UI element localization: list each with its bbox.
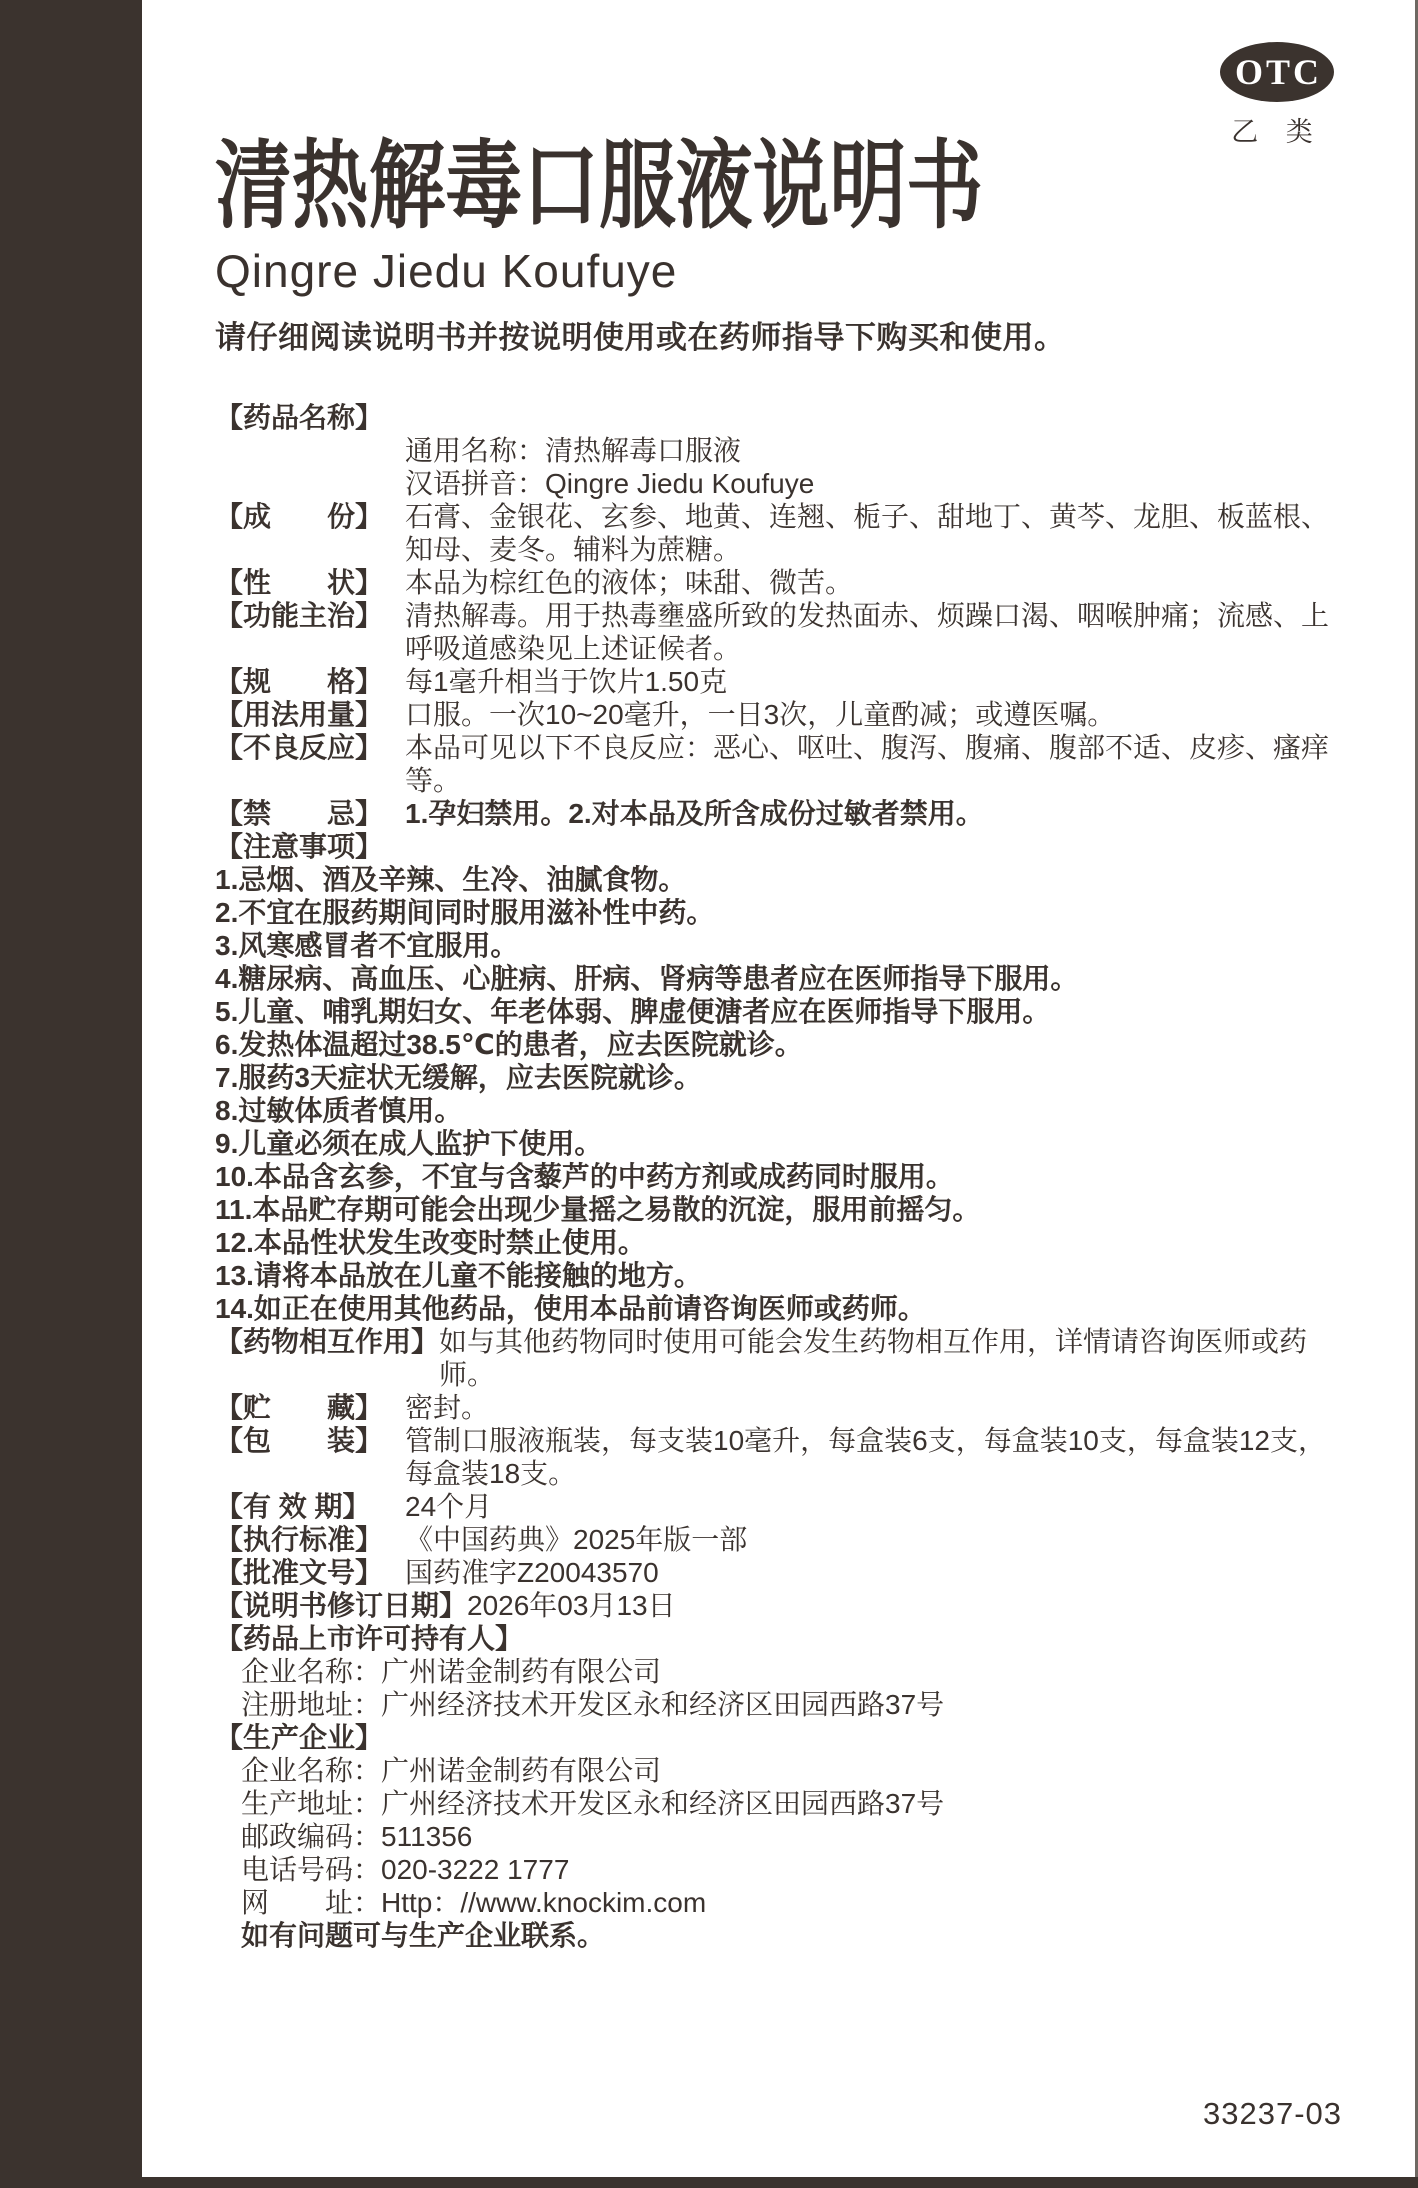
section-label-dosage: 【用法用量】 [215,698,405,731]
section-validity: 【有 效 期】 24个月 [215,1490,1348,1523]
section-label-standard: 【执行标准】 [215,1523,405,1556]
interactions-text: 如与其他药物同时使用可能会发生药物相互作用，详情请咨询医师或药师。 [439,1325,1348,1391]
manufacturer-address: 生产地址：广州经济技术开发区永和经济区田园西路37号 [215,1787,1348,1820]
specification-text: 每1毫升相当于饮片1.50克 [405,665,1348,698]
precaution-item: 5.儿童、哺乳期妇女、年老体弱、脾虚便溏者应在医师指导下服用。 [215,995,1348,1028]
leaflet-body: 【药品名称】 通用名称：清热解毒口服液 汉语拼音：Qingre Jiedu Ko… [215,401,1348,1952]
precaution-item: 13.请将本品放在儿童不能接触的地方。 [215,1259,1348,1292]
otc-oval-logo: OTC [1220,42,1334,102]
storage-text: 密封。 [405,1391,1348,1424]
drug-name-pinyin: 汉语拼音：Qingre Jiedu Koufuye [215,467,1348,500]
section-approval-number: 【批准文号】 国药准字Z20043570 [215,1556,1348,1589]
manufacturer-postcode: 邮政编码：511356 [215,1820,1348,1853]
manufacturer-phone: 电话号码：020-3222 1777 [215,1853,1348,1886]
section-label-validity: 【有 效 期】 [215,1490,405,1523]
precaution-item: 9.儿童必须在成人监护下使用。 [215,1127,1348,1160]
section-ingredients: 【成 份】 石膏、金银花、玄参、地黄、连翘、栀子、甜地丁、黄芩、龙胆、板蓝根、知… [215,500,1348,566]
section-contraindications: 【禁 忌】 1.孕妇禁用。2.对本品及所含成份过敏者禁用。 [215,797,1348,830]
precaution-item: 3.风寒感冒者不宜服用。 [215,929,1348,962]
section-label-description: 【性 状】 [215,566,405,599]
section-packaging: 【包 装】 管制口服液瓶装，每支装10毫升，每盒装6支，每盒装10支，每盒装12… [215,1424,1348,1490]
section-label-packaging: 【包 装】 [215,1424,405,1457]
contraindications-text: 1.孕妇禁用。2.对本品及所含成份过敏者禁用。 [405,797,1348,830]
license-holder-address: 注册地址：广州经济技术开发区永和经济区田园西路37号 [215,1688,1348,1721]
precaution-item: 14.如正在使用其他药品，使用本品前请咨询医师或药师。 [215,1292,1348,1325]
section-label-functions: 【功能主治】 [215,599,405,632]
functions-text: 清热解毒。用于热毒壅盛所致的发热面赤、烦躁口渴、咽喉肿痛；流感、上呼吸道感染见上… [405,599,1348,665]
section-standard: 【执行标准】 《中国药典》2025年版一部 [215,1523,1348,1556]
precaution-item: 8.过敏体质者慎用。 [215,1094,1348,1127]
manufacturer-website: 网 址：Http：//www.knockim.com [215,1886,1348,1919]
section-label-ingredients: 【成 份】 [215,500,405,533]
section-description: 【性 状】 本品为棕红色的液体；味甜、微苦。 [215,566,1348,599]
precaution-item: 12.本品性状发生改变时禁止使用。 [215,1226,1348,1259]
section-label-drug-name: 【药品名称】 [215,401,405,434]
section-label-precautions: 【注意事项】 [215,830,1348,863]
section-dosage: 【用法用量】 口服。一次10~20毫升，一日3次，儿童酌减；或遵医嘱。 [215,698,1348,731]
read-instructions-notice: 请仔细阅读说明书并按说明使用或在药师指导下购买和使用。 [215,312,1348,357]
revision-date-text: 2026年03月13日 [467,1589,1348,1622]
description-text: 本品为棕红色的液体；味甜、微苦。 [405,566,1348,599]
section-revision-date: 【说明书修订日期】 2026年03月13日 [215,1589,1348,1622]
section-label-interactions: 【药物相互作用】 [215,1325,439,1358]
page-title-pinyin: Qingre Jiedu Koufuye [215,244,1348,298]
validity-text: 24个月 [405,1490,1348,1523]
section-functions: 【功能主治】 清热解毒。用于热毒壅盛所致的发热面赤、烦躁口渴、咽喉肿痛；流感、上… [215,599,1348,665]
section-specification: 【规 格】 每1毫升相当于饮片1.50克 [215,665,1348,698]
section-drug-name: 【药品名称】 [215,401,1348,434]
precaution-item: 11.本品贮存期可能会出现少量摇之易散的沉淀，服用前摇匀。 [215,1193,1348,1226]
section-label-license-holder: 【药品上市许可持有人】 [215,1622,1348,1655]
precaution-item: 4.糖尿病、高血压、心脏病、肝病、肾病等患者应在医师指导下服用。 [215,962,1348,995]
leaflet-page: OTC 乙 类 清热解毒口服液说明书 Qingre Jiedu Koufuye … [142,0,1418,2188]
leaflet-code: 33237-03 [1203,2096,1342,2132]
precaution-item: 7.服药3天症状无缓解，应去医院就诊。 [215,1061,1348,1094]
section-label-revision-date: 【说明书修订日期】 [215,1589,467,1622]
precaution-item: 10.本品含玄参，不宜与含藜芦的中药方剂或成药同时服用。 [215,1160,1348,1193]
otc-badge: OTC 乙 类 [1218,42,1336,149]
standard-text: 《中国药典》2025年版一部 [405,1523,1348,1556]
adverse-reactions-text: 本品可见以下不良反应：恶心、呕吐、腹泻、腹痛、腹部不适、皮疹、瘙痒等。 [405,731,1348,797]
page-title: 清热解毒口服液说明书 [215,132,1121,242]
otc-logo-text: OTC [1232,51,1322,93]
manufacturer-company: 企业名称：广州诺金制药有限公司 [215,1754,1348,1787]
section-interactions: 【药物相互作用】 如与其他药物同时使用可能会发生药物相互作用，详情请咨询医师或药… [215,1325,1348,1391]
precaution-item: 1.忌烟、酒及辛辣、生冷、油腻食物。 [215,863,1348,896]
manufacturer-contact-note: 如有问题可与生产企业联系。 [215,1919,1348,1952]
section-label-manufacturer: 【生产企业】 [215,1721,1348,1754]
drug-name-generic: 通用名称：清热解毒口服液 [215,434,1348,467]
section-label-adverse-reactions: 【不良反应】 [215,731,405,764]
ingredients-text: 石膏、金银花、玄参、地黄、连翘、栀子、甜地丁、黄芩、龙胆、板蓝根、知母、麦冬。辅… [405,500,1348,566]
section-storage: 【贮 藏】 密封。 [215,1391,1348,1424]
packaging-text: 管制口服液瓶装，每支装10毫升，每盒装6支，每盒装10支，每盒装12支，每盒装1… [405,1424,1348,1490]
section-label-specification: 【规 格】 [215,665,405,698]
section-adverse-reactions: 【不良反应】 本品可见以下不良反应：恶心、呕吐、腹泻、腹痛、腹部不适、皮疹、瘙痒… [215,731,1348,797]
otc-category-label: 乙 类 [1218,110,1336,149]
license-holder-company: 企业名称：广州诺金制药有限公司 [215,1655,1348,1688]
left-black-spine [0,0,142,2188]
precaution-item: 2.不宜在服药期间同时服用滋补性中药。 [215,896,1348,929]
precaution-item: 6.发热体温超过38.5℃的患者，应去医院就诊。 [215,1028,1348,1061]
approval-number-text: 国药准字Z20043570 [405,1556,1348,1589]
section-label-contraindications: 【禁 忌】 [215,797,405,830]
section-label-approval-number: 【批准文号】 [215,1556,405,1589]
section-label-storage: 【贮 藏】 [215,1391,405,1424]
dosage-text: 口服。一次10~20毫升，一日3次，儿童酌减；或遵医嘱。 [405,698,1348,731]
